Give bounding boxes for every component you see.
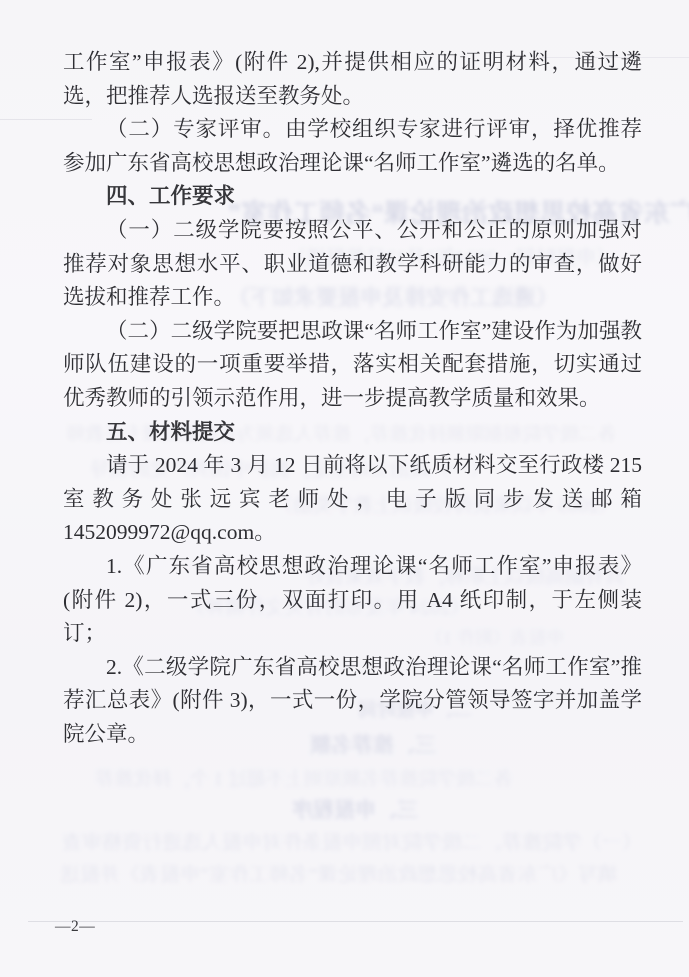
paragraph-expert-review: （二）专家评审。由学校组织专家进行评审，择优推荐参加广东省高校思想政治理论课“名… [63,113,642,180]
paragraph-requirement-2: （二）二级学院要把思政课“名师工作室”建设作为加强教师队伍建设的一项重要举措，落… [63,315,642,416]
heading-work-requirements: 四、工作要求 [63,180,642,214]
ghost-bleedthrough-line: 各二级学院推荐名额原则上不超过 1 个，择优推荐 [95,764,513,791]
paragraph-requirement-1: （一）二级学院要按照公平、公开和公正的原则加强对推荐对象思想水平、职业道德和教学… [63,214,642,315]
ghost-bleedthrough-line: 三、申报程序 [292,794,418,824]
paragraph-material-item-2: 2.《二级学院广东省高校思想政治理论课“名师工作室”推荐汇总表》(附件 3)，一… [63,651,642,752]
paragraph-continuation-application-form: 工作室”申报表》(附件 2),并提供相应的证明材料，通过遴选，把推荐人选报送至教… [63,46,642,113]
page-number: —2— [55,918,95,936]
document-body: 工作室”申报表》(附件 2),并提供相应的证明材料，通过遴选，把推荐人选报送至教… [63,46,642,751]
paragraph-material-item-1: 1.《广东省高校思想政治理论课“名师工作室”申报表》(附件 2)，一式三份，双面… [63,550,642,651]
ghost-bleedthrough-line: 填写《广东省高校思想政治理论课“名师工作室”申报表》并报送 [60,858,618,887]
paragraph-submission-deadline: 请于 2024 年 3 月 12 日前将以下纸质材料交至行政楼 215 室教务处… [63,449,642,550]
heading-material-submission: 五、材料提交 [63,416,642,450]
scanned-document-page: 关于开展广东省高校思想政治理论课“名师工作室”（申报时间：2024年3月12日前… [0,0,689,977]
scan-streak [28,921,683,922]
ghost-bleedthrough-line: （一）学院推荐。二级学院对照申报条件对申报人选进行资格审查 [62,826,642,855]
